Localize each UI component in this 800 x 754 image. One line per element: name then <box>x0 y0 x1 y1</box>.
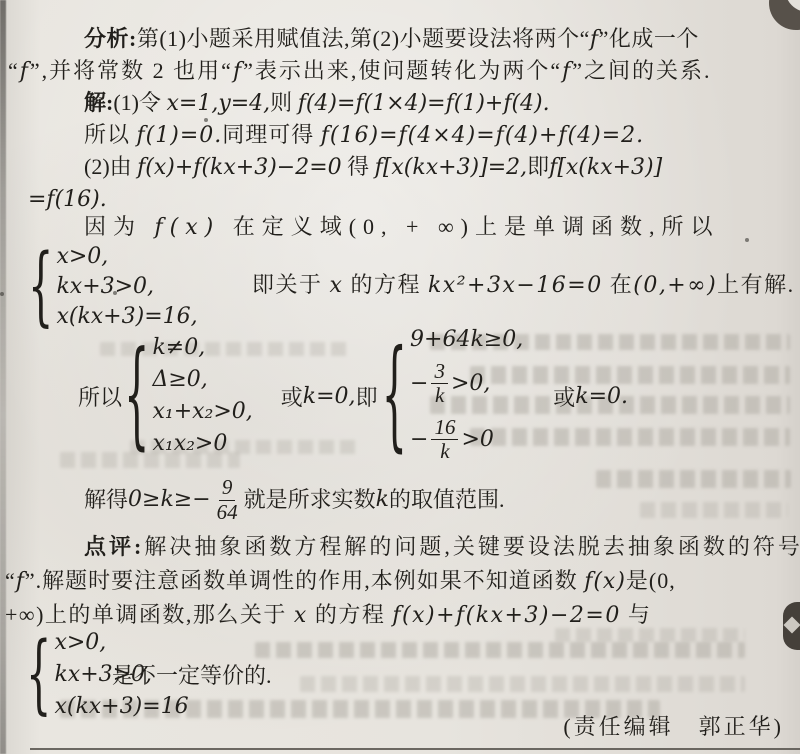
system-rows: k≠0, Δ≥0, x₁+x₂>0, x₁x₂>0 <box>152 332 252 460</box>
text-run: 第(1)小题采用赋值法,第(2)小题要设法将两个“ <box>137 26 590 51</box>
or-k0-text: 或 k=0,即 <box>281 381 378 412</box>
page-curl-mark <box>783 602 800 650</box>
math-run: f(1)=0. <box>137 123 223 148</box>
text-run: ”.解题时要注意函数单调性的作用,本例如果不知道函数 <box>25 568 584 593</box>
left-brace: { <box>124 338 149 454</box>
editor-credit: (责任编辑 郭正华) <box>563 712 784 742</box>
math-run: f(16)=f(4×4)=f(4)+f(4)=2. <box>321 123 644 148</box>
system-row: x₁x₂>0 <box>152 428 252 460</box>
math-run: (0,+∞) <box>633 273 717 298</box>
system-row: x(kx+3)=16, <box>56 302 197 332</box>
left-brace: { <box>382 336 407 456</box>
condition-system-3: { 9+64k≥0, −3k>0, −16k>0 <box>382 324 524 467</box>
system-row: x(kx+3)=16 <box>54 691 188 723</box>
math-run: k=0, <box>303 384 356 409</box>
text-run: 得 <box>342 154 375 179</box>
label-run: 分析: <box>84 26 137 51</box>
system1-side-text: 即关于 x 的方程 kx²+3x−16=0 在(0,+∞)上有解. <box>252 270 795 301</box>
math-run: k <box>376 485 389 515</box>
suoyi-label: 所以 <box>78 381 122 412</box>
text-run: 上有解. <box>717 272 795 297</box>
system-row: x>0, <box>54 627 188 659</box>
analysis-line-1: 分析:第(1)小题采用赋值法,第(2)小题要设法将两个“f”化成一个 <box>84 24 699 55</box>
math-run: >0, <box>451 372 490 395</box>
text-run: 的方程 <box>308 602 393 627</box>
text-run: ”之间的关系. <box>572 58 711 83</box>
math-run: 0≥k≥− <box>128 485 211 515</box>
text-run: (责任编辑 郭正华) <box>563 714 784 739</box>
text-run: ”表示出来,使问题转化为两个“ <box>243 58 562 83</box>
fraction: 964 <box>214 476 241 524</box>
system-row: k≠0, <box>152 332 252 364</box>
text-run: 的取值范围. <box>389 485 505 515</box>
math-run: x=1,y=4, <box>166 91 270 116</box>
system-rows: x>0, kx+3>0, x(kx+3)=16, <box>56 242 197 332</box>
page-spine-shadow <box>0 0 6 754</box>
math-run: f <box>562 59 572 84</box>
left-brace: { <box>26 632 51 718</box>
math-run: f[x(kx+3)] <box>549 155 662 180</box>
system-row: 9+64k≥0, <box>410 328 523 351</box>
system-row: −16k>0 <box>410 416 523 464</box>
text-run: (2)由 <box>84 154 137 179</box>
solution-line-1: 解:(1)令 x=1,y=4,则 f(4)=f(1×4)=f(1)+f(4). <box>84 88 550 119</box>
system-row: −3k>0, <box>410 360 523 408</box>
math-run: f(x) <box>584 569 626 594</box>
corner-crescent-mark <box>769 0 800 30</box>
math-run: k=0. <box>575 384 628 409</box>
text-run: 是(0, <box>626 568 676 593</box>
label-run: 解: <box>84 90 113 115</box>
math-run: x <box>294 603 308 628</box>
text-run: 的方程 <box>343 272 428 297</box>
text-run: ”,并将常数 2 也用“ <box>30 58 233 83</box>
monotonic-reason-line: 因为 f(x) 在定义域(0, + ∞)上是单调函数,所以 <box>84 212 719 243</box>
math-run: 9+64k≥0, <box>410 328 523 351</box>
text-run: 或 <box>553 381 575 412</box>
math-run: f(4)=f(1×4)=f(1)+f(4). <box>298 91 550 116</box>
comment-line-1: 点评:解决抽象函数方程解的问题,关键要设法脱去抽象函数的符号 <box>84 532 800 562</box>
text-run: 因为 <box>84 214 155 239</box>
system-row: x₁+x₂>0, <box>152 396 252 428</box>
text-run: 同理可得 <box>222 122 321 147</box>
conclusion-line: 解得 0≥k≥−964就是所求实数 k 的取值范围. <box>84 474 505 526</box>
comment-line-2: “f”.解题时要注意函数单调性的作用,本例如果不知道函数 f(x)是(0, <box>5 566 676 597</box>
text-run: “ <box>8 58 20 83</box>
text-run: 所以 <box>84 122 137 147</box>
math-run: f(x)+f(kx+3)−2=0 <box>392 603 621 628</box>
text-run: 即 <box>527 154 549 179</box>
math-run: f(x) <box>155 215 221 240</box>
bleedthrough-strip <box>640 502 788 518</box>
bleedthrough-strip <box>300 676 745 692</box>
ink-speck <box>745 238 749 242</box>
text-run: 则 <box>270 90 298 115</box>
math-run: f(x)+f(kx+3)−2=0 <box>137 155 342 180</box>
text-run: +∞)上的单调函数,那么关于 <box>5 602 294 627</box>
text-run: ”化成一个 <box>599 26 699 51</box>
system-rows: 9+64k≥0, −3k>0, −16k>0 <box>410 324 523 467</box>
math-run: f <box>16 569 25 594</box>
text-run: 解得 <box>84 485 128 515</box>
system-row: Δ≥0, <box>152 364 252 396</box>
solution-line-4: =f(16). <box>28 184 107 215</box>
condition-system-2: { k≠0, Δ≥0, x₁+x₂>0, x₁x₂>0 <box>124 332 253 460</box>
text-run: 在定义域(0, + ∞)上是单调函数,所以 <box>220 214 719 239</box>
derivation-block: 所以 { k≠0, Δ≥0, x₁+x₂>0, x₁x₂>0 或 k=0,即 {… <box>78 330 628 462</box>
text-run: 就是所求实数 <box>244 485 376 515</box>
math-run: kx²+3x−16=0 <box>428 273 603 298</box>
text-run: “ <box>5 568 16 593</box>
label-run: 点评: <box>84 534 144 559</box>
text-run: 与 <box>621 602 652 627</box>
math-run: f <box>20 59 30 84</box>
bleedthrough-strip <box>596 470 791 488</box>
math-run: − <box>410 372 428 395</box>
math-run: f[x(kx+3)]=2, <box>375 155 527 180</box>
text-run: 即关于 <box>252 272 330 297</box>
or-k0-text-2: 或 k=0. <box>553 381 628 412</box>
text-run: (1)令 <box>113 90 166 115</box>
math-run: − <box>410 428 428 451</box>
math-run: >0 <box>461 428 493 451</box>
text-run: 解决抽象函数方程解的问题,关键要设法脱去抽象函数的符号 <box>144 534 800 559</box>
math-run: =f(16). <box>28 187 107 212</box>
math-run: f <box>590 27 599 52</box>
condition-system-1: { x>0, kx+3>0, x(kx+3)=16, <box>28 240 198 334</box>
system-row: x>0, <box>56 242 197 272</box>
bottom-rule <box>30 748 800 750</box>
solution-line-2: 所以 f(1)=0.同理可得 f(16)=f(4×4)=f(4)+f(4)=2. <box>84 120 644 151</box>
text-run: 是不一定等价的. <box>112 663 272 688</box>
text-run: 即 <box>356 381 378 412</box>
analysis-line-2: “f”,并将常数 2 也用“f”表示出来,使问题转化为两个“f”之间的关系. <box>8 56 712 87</box>
scanned-page: 分析:第(1)小题采用赋值法,第(2)小题要设法将两个“f”化成一个 “f”,并… <box>0 0 800 754</box>
fraction: 3k <box>431 360 448 408</box>
fraction: 16k <box>431 416 458 464</box>
left-brace: { <box>28 244 53 330</box>
bleedthrough-strip <box>255 642 745 658</box>
ink-speck <box>0 292 4 296</box>
math-run: x <box>330 273 344 298</box>
text-run: 在 <box>603 272 634 297</box>
system4-side-text: 是不一定等价的. <box>112 661 272 691</box>
math-run: f <box>233 59 243 84</box>
system-row: kx+3>0, <box>56 272 197 302</box>
text-run: 或 <box>281 381 303 412</box>
solution-line-3: (2)由 f(x)+f(kx+3)−2=0 得 f[x(kx+3)]=2,即f[… <box>84 152 662 183</box>
